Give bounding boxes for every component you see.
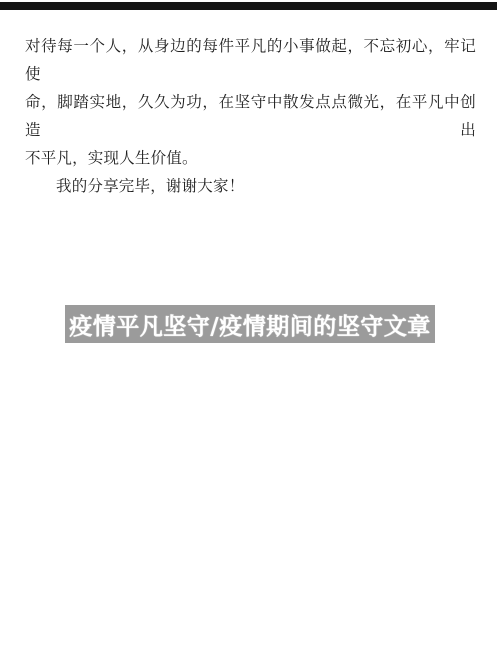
article-title: 疫情平凡坚守/疫情期间的坚守文章 [69, 308, 430, 341]
article-body: 对待每一个人，从身边的每件平凡的小事做起，不忘初心，牢记使 命，脚踏实地，久久为… [25, 33, 476, 201]
top-divider-bar [0, 2, 497, 10]
paragraph-line: 不平凡，实现人生价值。 [25, 145, 476, 173]
paragraph-line: 对待每一个人，从身边的每件平凡的小事做起，不忘初心，牢记使 [25, 33, 476, 89]
article-title-banner: 疫情平凡坚守/疫情期间的坚守文章 [65, 305, 435, 343]
paragraph-line: 命，脚踏实地，久久为功，在坚守中散发点点微光，在平凡中创造出 [25, 89, 476, 145]
closing-line: 我的分享完毕，谢谢大家！ [25, 173, 476, 201]
